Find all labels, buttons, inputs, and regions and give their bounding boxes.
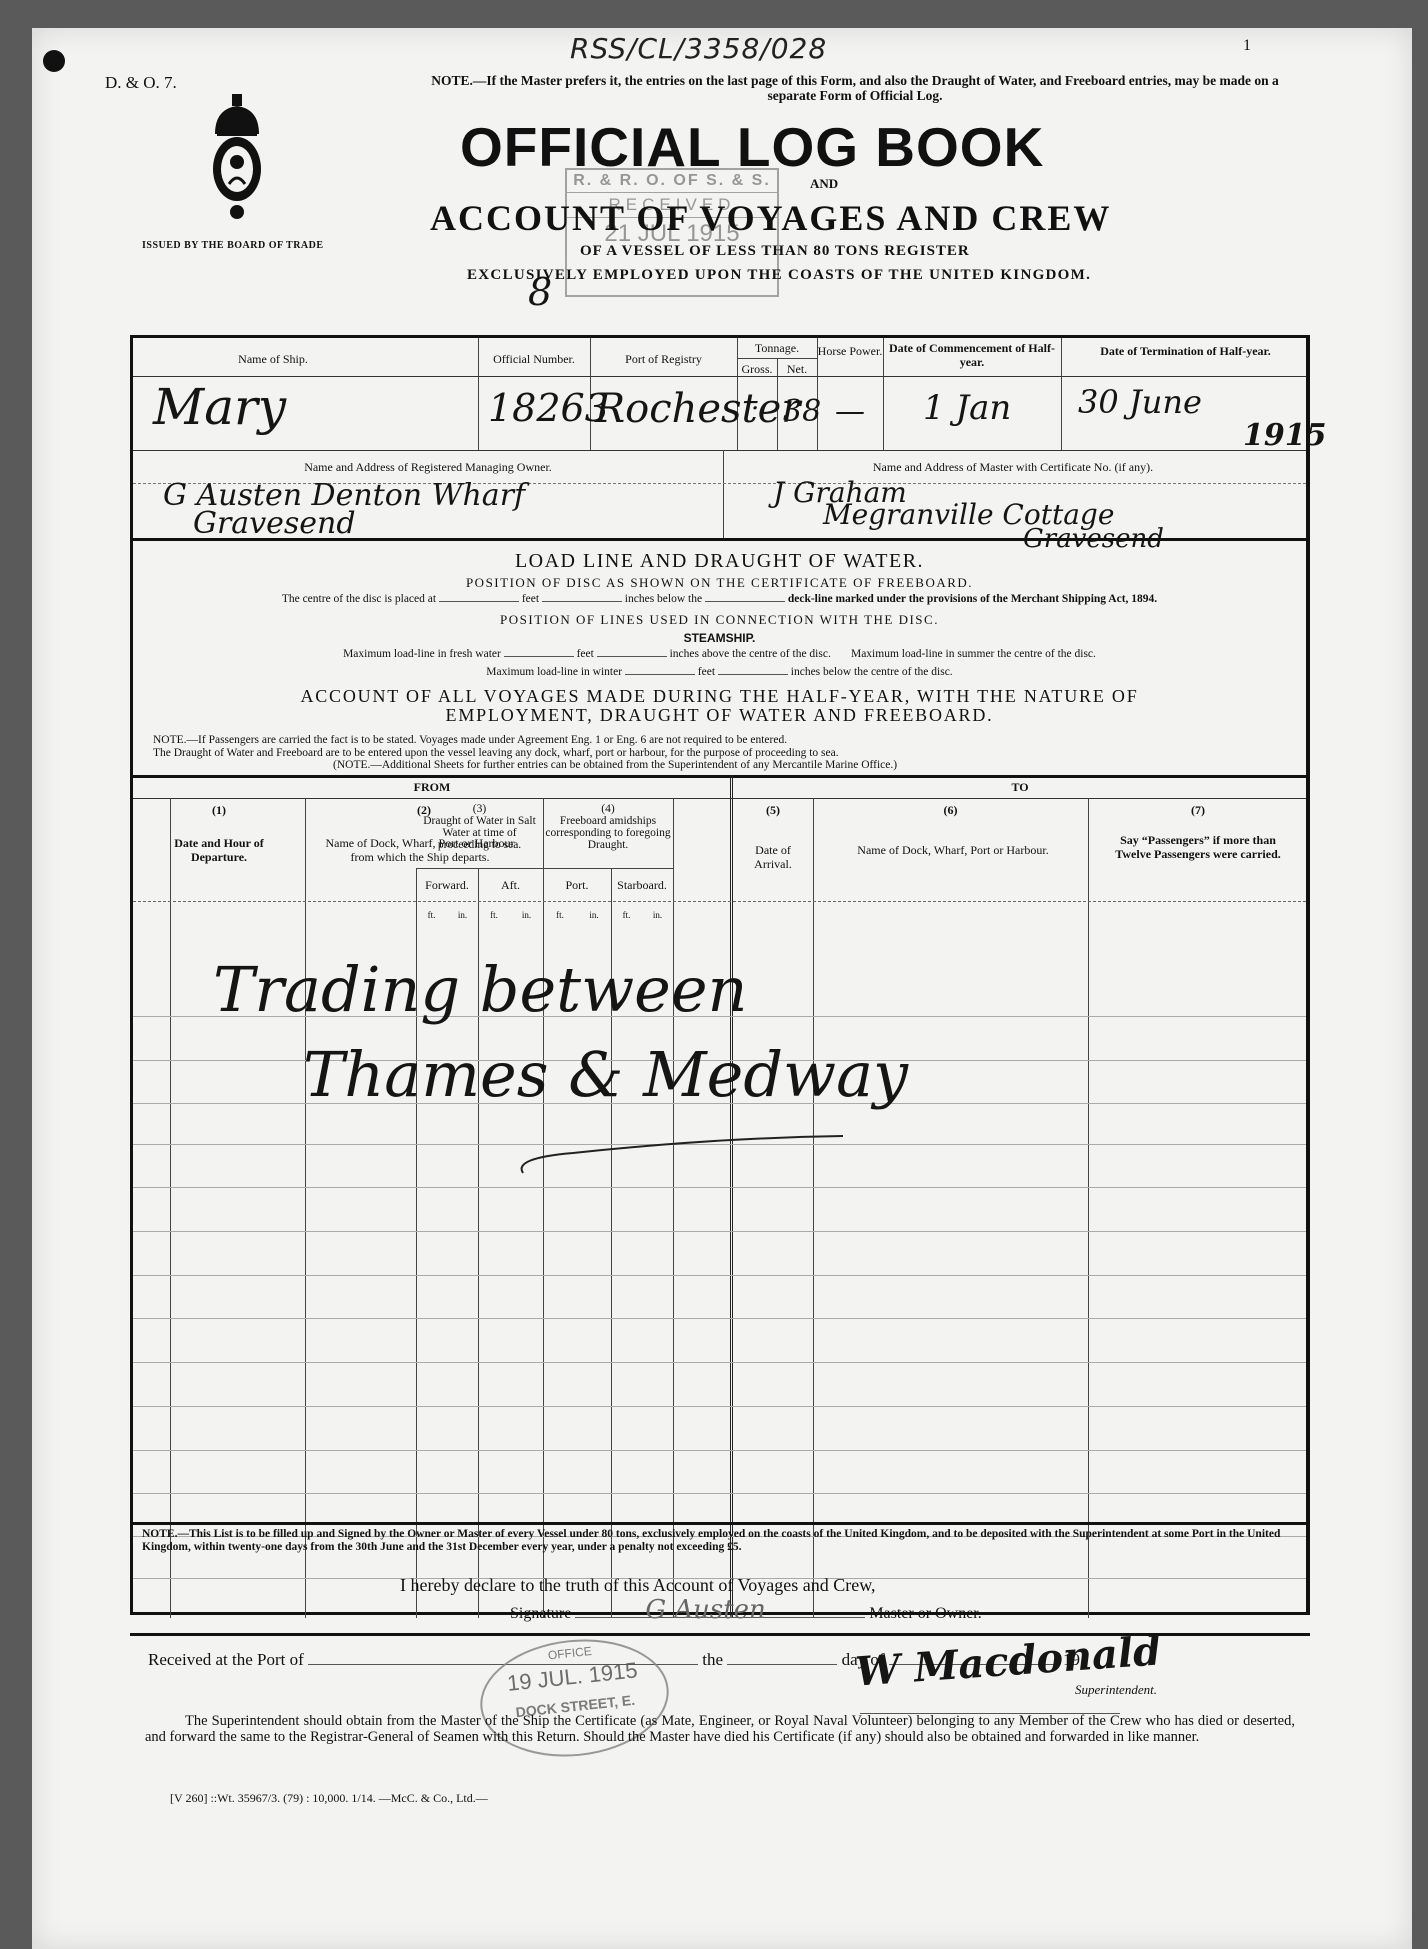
label-tonnage: Tonnage. [737,341,817,355]
signature-label: Signature [510,1605,571,1622]
master-or-owner-label: Master or Owner. [869,1605,981,1622]
unit-in: in. [577,908,611,922]
title-and: AND [810,176,838,192]
label-port-of-registry: Port of Registry [590,352,737,366]
disc-text-2: feet [522,593,539,605]
value-official-number: 18263 [488,386,609,430]
col1-num: (1) [133,803,305,817]
account-note-line2: The Draught of Water and Freeboard are t… [153,747,1293,760]
signature-value: G Austen [645,1595,765,1625]
form-id: D. & O. 7. [105,73,177,93]
col-divider [305,798,306,1618]
col1-label: Date and Hour of Departure. [133,836,305,864]
col6-label: Name of Dock, Wharf, Port or Harbour. [853,843,1053,857]
account-heading: ACCOUNT OF ALL VOYAGES MADE DURING THE H… [133,687,1306,725]
col5-num: (5) [733,803,813,817]
entry-line1: Trading between [213,953,747,1026]
col3-num: (3) [416,803,543,815]
winter-text-2: feet [698,666,715,678]
unit-ft: ft. [416,908,447,922]
disc-heading: POSITION OF DISC AS SHOWN ON THE CERTIFI… [133,575,1306,591]
disc-text-3: inches below the [625,593,702,605]
col3-header: (3) Draught of Water in Salt Water at ti… [416,803,543,851]
ruled-line [133,1493,1306,1494]
summer-text: Maximum load-line in summer the centre o… [851,648,1096,660]
subtitle-vessel: OF A VESSEL OF LESS THAN 80 TONS REGISTE… [580,243,970,260]
ruled-line [133,1275,1306,1276]
col4-label: Freeboard amidships corresponding to for… [543,815,673,851]
ruled-line [133,1318,1306,1319]
col3-label: Draught of Water in Salt Water at time o… [416,815,543,851]
punch-hole [43,50,65,72]
ruled-line [133,1450,1306,1451]
divider [1061,338,1062,450]
ruled-line [133,1406,1306,1407]
col6-num: (6) [813,803,1088,817]
disc-feet-field [439,601,519,602]
winter-text: Maximum load-line in winter feet inches … [133,666,1306,678]
to-label: TO [735,780,1305,794]
col-divider [673,798,674,1618]
disc-text-1: The centre of the disc is placed at [282,593,436,605]
handwritten-mark: 8 [528,270,552,314]
account-heading-line2: EMPLOYMENT, DRAUGHT OF WATER AND FREEBOA… [133,706,1306,725]
form-frame: Name of Ship. Official Number. Port of R… [130,335,1310,1615]
value-port-of-registry: Rochester [595,386,800,432]
label-horse-power: Horse Power. [817,344,883,358]
day-field [727,1664,837,1665]
label-net: Net. [777,362,817,376]
unit-ft: ft. [478,908,510,922]
label-name-of-ship: Name of Ship. [153,352,393,366]
winter-text-3: inches below the centre of the disc. [791,666,953,678]
the-label: the [702,1650,723,1669]
label-date-termination: Date of Termination of Half-year. [1068,344,1303,358]
winter-feet-field [625,674,695,675]
top-note: NOTE.—If the Master prefers it, the entr… [430,73,1280,103]
issued-by: ISSUED BY THE BOARD OF TRADE [142,240,324,251]
ruled-line [133,1362,1306,1363]
divider [133,901,1306,902]
value-date-commencement: 1 Jan [923,388,1011,428]
label-gross: Gross. [737,362,777,376]
winter-inches-field [718,674,788,675]
account-note-line3: (NOTE.—Additional Sheets for further ent… [153,759,1293,772]
disc-text: The centre of the disc is placed at feet… [133,593,1306,605]
col-divider [813,798,814,1618]
fresh-text-2: feet [577,648,594,660]
load-line-title: LOAD LINE AND DRAUGHT OF WATER. [133,550,1306,573]
reference-code: RSS/CL/3358/028 [570,32,827,65]
col5-label: Date of Arrival. [743,843,803,871]
value-ship-name: Mary [153,378,286,436]
signature-field: G Austen [575,1617,865,1618]
unit-in: in. [447,908,478,922]
divider [883,338,884,450]
divider [133,376,1306,377]
label-official-number: Official Number. [478,352,590,366]
value-year: 1915 [1243,418,1327,453]
footer-note: NOTE.—This List is to be filled up and S… [142,1528,1292,1554]
subtitle: ACCOUNT OF VOYAGES AND CREW [430,197,1111,239]
disc-inches-field [542,601,622,602]
divider [133,775,1306,778]
subcol-aft: Aft. [478,878,543,892]
from-label: FROM [133,780,731,794]
fresh-text-1: Maximum load-line in fresh water [343,648,501,660]
account-note-line1: NOTE.—If Passengers are carried the fact… [153,734,1293,747]
divider [133,450,1306,451]
superintendent-label: Superintendent. [1075,1682,1157,1698]
steamship-label: STEAMSHIP. [133,631,1306,645]
ruled-line [133,1231,1306,1232]
unit-in: in. [510,908,543,922]
label-owner: Name and Address of Registered Managing … [133,460,723,474]
disc-text-4: deck-line marked under the provisions of… [788,593,1157,605]
fresh-inches-field [597,656,667,657]
unit-in: in. [642,908,673,922]
entry-line2: Thames & Medway [303,1038,908,1111]
unit-ft: ft. [611,908,642,922]
deck-line-field [705,601,785,602]
signature-row: Signature G Austen Master or Owner. [510,1605,982,1623]
col7-num: (7) [1088,803,1308,817]
value-owner-line2: Gravesend [193,506,356,541]
declaration: I hereby declare to the truth of this Ac… [400,1575,876,1596]
page-number: 1 [1243,37,1251,55]
subcol-starboard: Starboard. [611,878,673,892]
col7-label: Say “Passengers” if more than Twelve Pas… [1108,833,1288,861]
subcol-port: Port. [543,878,611,892]
label-date-commencement: Date of Commencement of Half-year. [888,341,1056,369]
fresh-text-3: inches above the centre of the disc. [670,648,831,660]
value-gross: · [751,394,759,424]
label-master: Name and Address of Master with Certific… [723,460,1303,474]
col4-num: (4) [543,803,673,815]
col-divider [1088,798,1089,1618]
account-note: NOTE.—If Passengers are carried the fact… [153,734,1293,772]
divider [130,1522,1310,1525]
value-horse-power: — [835,394,865,429]
subtitle-coasts: EXCLUSIVELY EMPLOYED UPON THE COASTS OF … [467,267,1091,284]
lines-heading: POSITION OF LINES USED IN CONNECTION WIT… [133,612,1306,628]
value-date-termination: 30 June [1078,383,1202,421]
unit-ft: ft. [543,908,577,922]
col4-header: (4) Freeboard amidships corresponding to… [543,803,673,851]
divider [416,868,673,869]
printer-line: [V 260] ::Wt. 35967/3. (79) : 10,000. 1/… [170,1791,488,1806]
royal-crest-icon [207,94,267,224]
fresh-summer-text: Maximum load-line in fresh water feet in… [133,648,1306,660]
instructions: The Superintendent should obtain from th… [145,1713,1295,1745]
received-at-label: Received at the Port of [148,1650,304,1669]
winter-text-1: Maximum load-line in winter [486,666,622,678]
entry-underline-stroke [513,1128,853,1188]
col-divider [170,798,171,1618]
value-net: 38 [783,394,821,429]
divider [133,798,1306,799]
page-title: OFFICIAL LOG BOOK [460,115,1044,179]
account-heading-line1: ACCOUNT OF ALL VOYAGES MADE DURING THE H… [133,687,1306,706]
subcol-forward: Forward. [416,878,478,892]
fresh-feet-field [504,656,574,657]
divider [133,538,1306,541]
